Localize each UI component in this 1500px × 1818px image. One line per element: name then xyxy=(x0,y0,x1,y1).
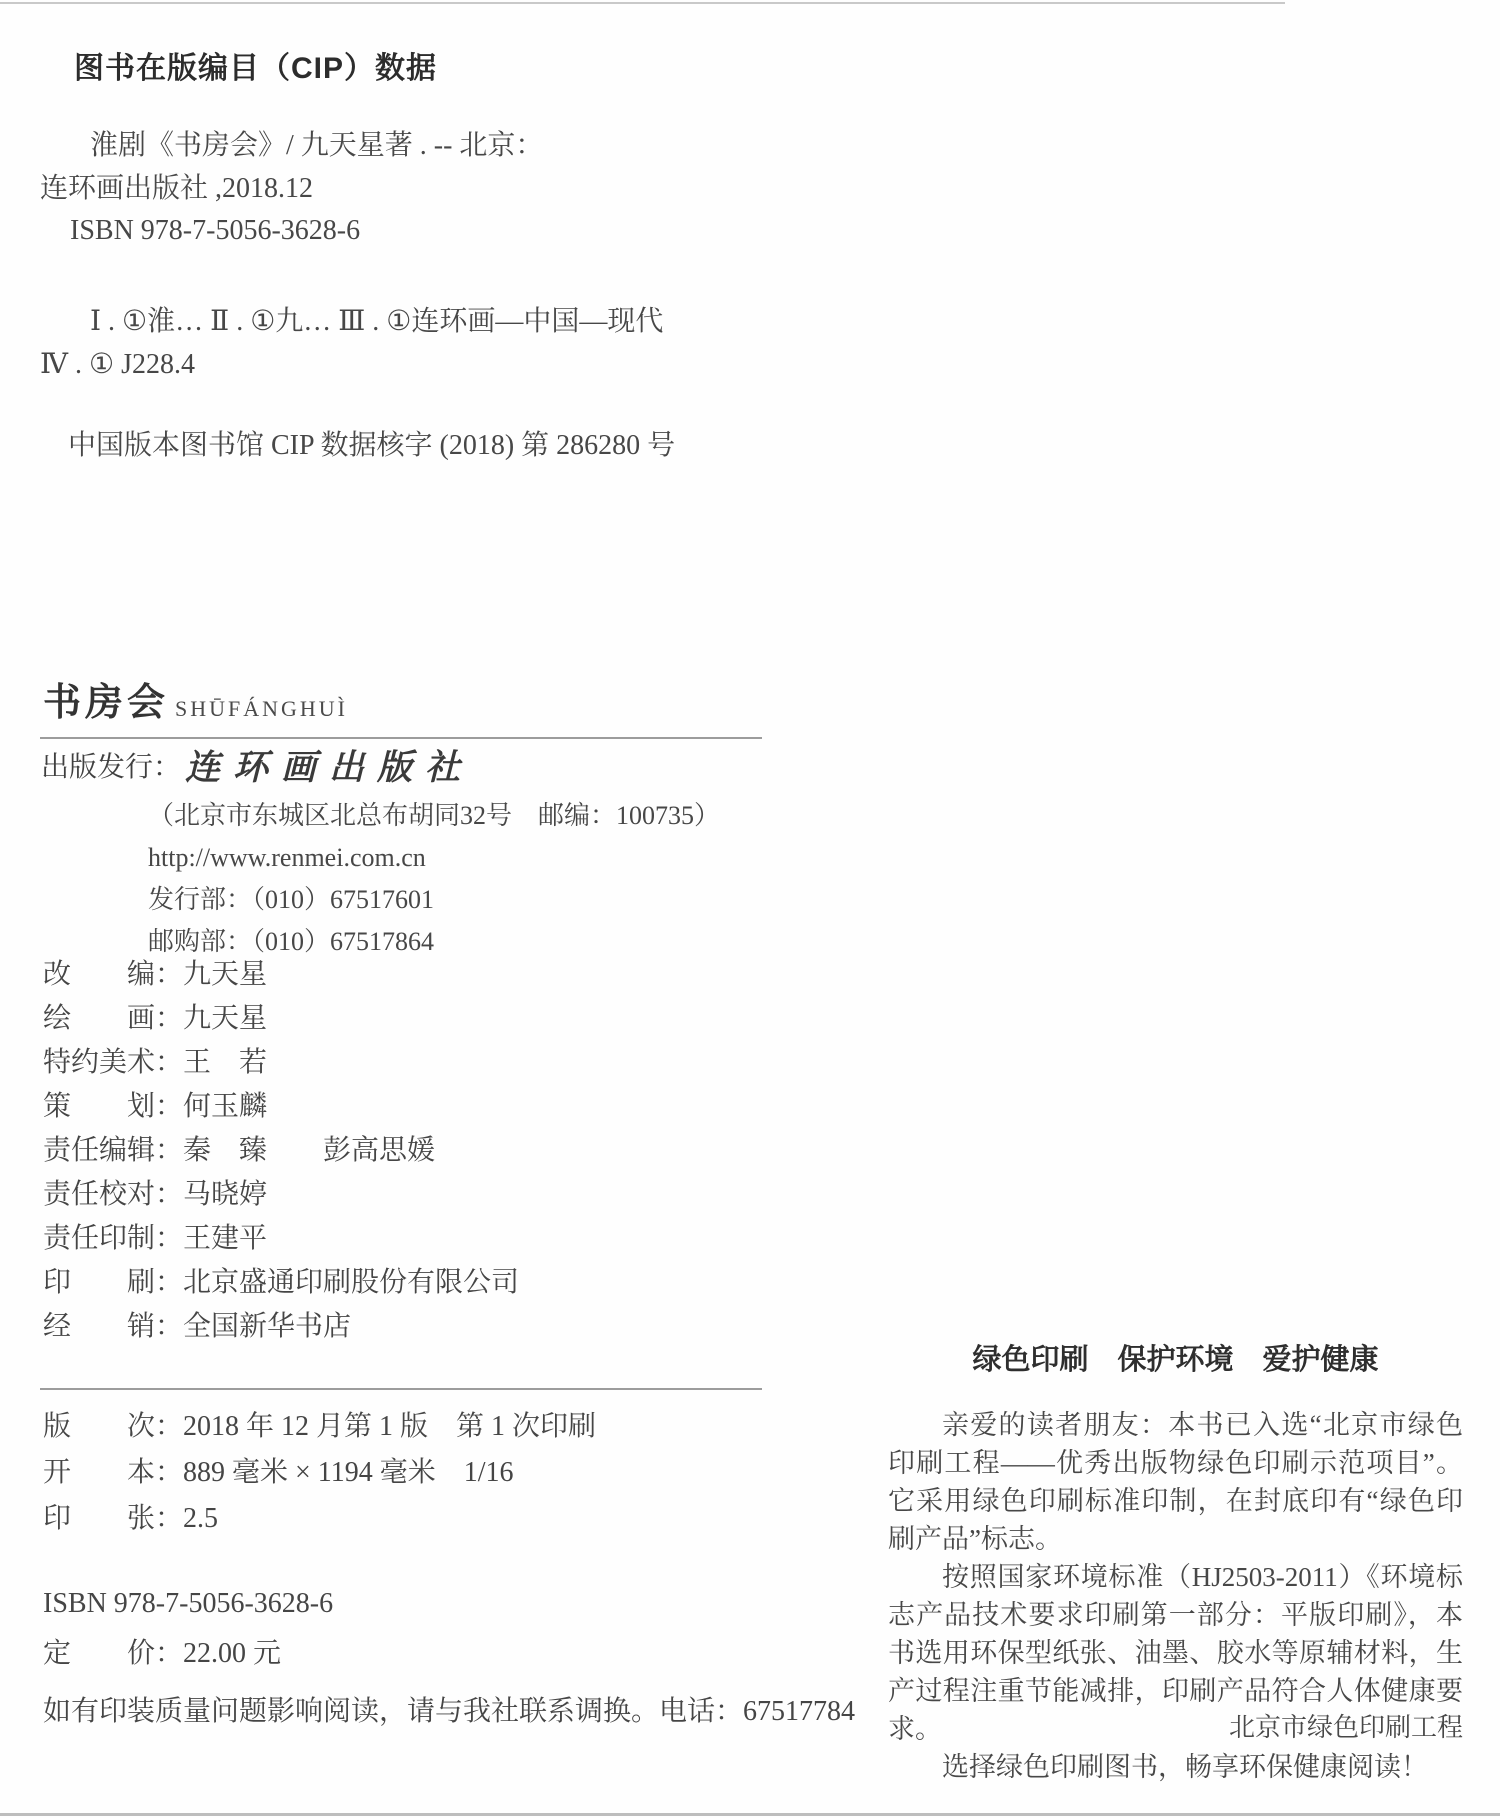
edition-line: 版 次：2018 年 12 月第 1 版 第 1 次印刷 xyxy=(43,1404,596,1450)
cip-title-line: 淮剧《书房会》/ 九天星著 . -- 北京： xyxy=(90,128,543,163)
credits-block: 改 编：九天星 绘 画：九天星 特约美术：王 若 策 划：何玉麟 责任编辑：秦 … xyxy=(43,953,519,1349)
publisher-logotype: 连环画出版社 xyxy=(185,740,473,790)
credit-line-illustrator: 绘 画：九天星 xyxy=(43,997,519,1041)
publisher-address: （北京市东城区北总布胡同32号 邮编：100735） xyxy=(148,795,720,837)
cip-header: 图书在版编目（CIP）数据 xyxy=(74,50,437,88)
credit-line-adapter: 改 编：九天星 xyxy=(43,953,519,997)
distribution-phone: 发行部：（010）67517601 xyxy=(148,879,720,921)
cip-classification-line-2: Ⅳ . ① J228.4 xyxy=(40,347,195,382)
cip-isbn-line: ISBN 978-7-5056-3628-6 xyxy=(70,213,360,248)
green-printing-header: 绿色印刷 保护环境 爱护健康 xyxy=(888,1342,1463,1378)
credit-line-print-supervisor: 责任印制：王建平 xyxy=(43,1217,519,1261)
isbn-line: ISBN 978-7-5056-3628-6 xyxy=(43,1586,333,1621)
publisher-contact-block: （北京市东城区北总布胡同32号 邮编：100735） http://www.re… xyxy=(148,795,720,963)
cip-record-number-line: 中国版本图书馆 CIP 数据核字 (2018) 第 286280 号 xyxy=(68,428,675,463)
cip-publisher-line: 连环画出版社 ,2018.12 xyxy=(40,171,313,206)
book-title: 书房会 xyxy=(43,680,169,728)
credit-line-guest-art: 特约美术：王 若 xyxy=(43,1041,519,1085)
green-paragraph-3: 选择绿色印刷图书，畅享环保健康阅读！ xyxy=(888,1748,1463,1786)
credit-line-planner: 策 划：何玉麟 xyxy=(43,1085,519,1129)
format-line: 开 本：889 毫米 × 1194 毫米 1/16 xyxy=(43,1450,596,1496)
credit-line-printer: 印 刷：北京盛通印刷股份有限公司 xyxy=(43,1261,519,1305)
divider-top xyxy=(40,737,762,739)
green-paragraph-1: 亲爱的读者朋友：本书已入选“北京市绿色印刷工程——优秀出版物绿色印刷示范项目”。… xyxy=(888,1406,1463,1558)
sheets-line: 印 张：2.5 xyxy=(43,1496,596,1542)
book-title-pinyin: SHŪFÁNGHUÌ xyxy=(175,696,348,722)
copyright-page: 图书在版编目（CIP）数据 淮剧《书房会》/ 九天星著 . -- 北京： 连环画… xyxy=(0,0,1500,1818)
publisher-label: 出版发行： xyxy=(41,750,181,785)
quality-notice: 如有印装质量问题影响阅读，请与我社联系调换。电话：67517784 xyxy=(43,1694,855,1729)
price-line: 定 价：22.00 元 xyxy=(43,1636,281,1671)
divider-bottom xyxy=(40,1388,762,1390)
cip-classification-line-1: Ⅰ . ①淮… Ⅱ . ①九… Ⅲ . ①连环画—中国—现代 xyxy=(90,304,663,339)
green-printing-signature: 北京市绿色印刷工程 xyxy=(888,1712,1463,1745)
scan-edge-top xyxy=(0,2,1285,4)
edition-block: 版 次：2018 年 12 月第 1 版 第 1 次印刷 开 本：889 毫米 … xyxy=(43,1404,596,1542)
credit-line-proofreader: 责任校对：马晓婷 xyxy=(43,1173,519,1217)
credit-line-distributor: 经 销：全国新华书店 xyxy=(43,1305,519,1349)
credit-line-editors: 责任编辑：秦 臻 彭高思媛 xyxy=(43,1129,519,1173)
publisher-website: http://www.renmei.com.cn xyxy=(148,837,720,879)
scan-edge-bottom xyxy=(0,1813,1500,1816)
